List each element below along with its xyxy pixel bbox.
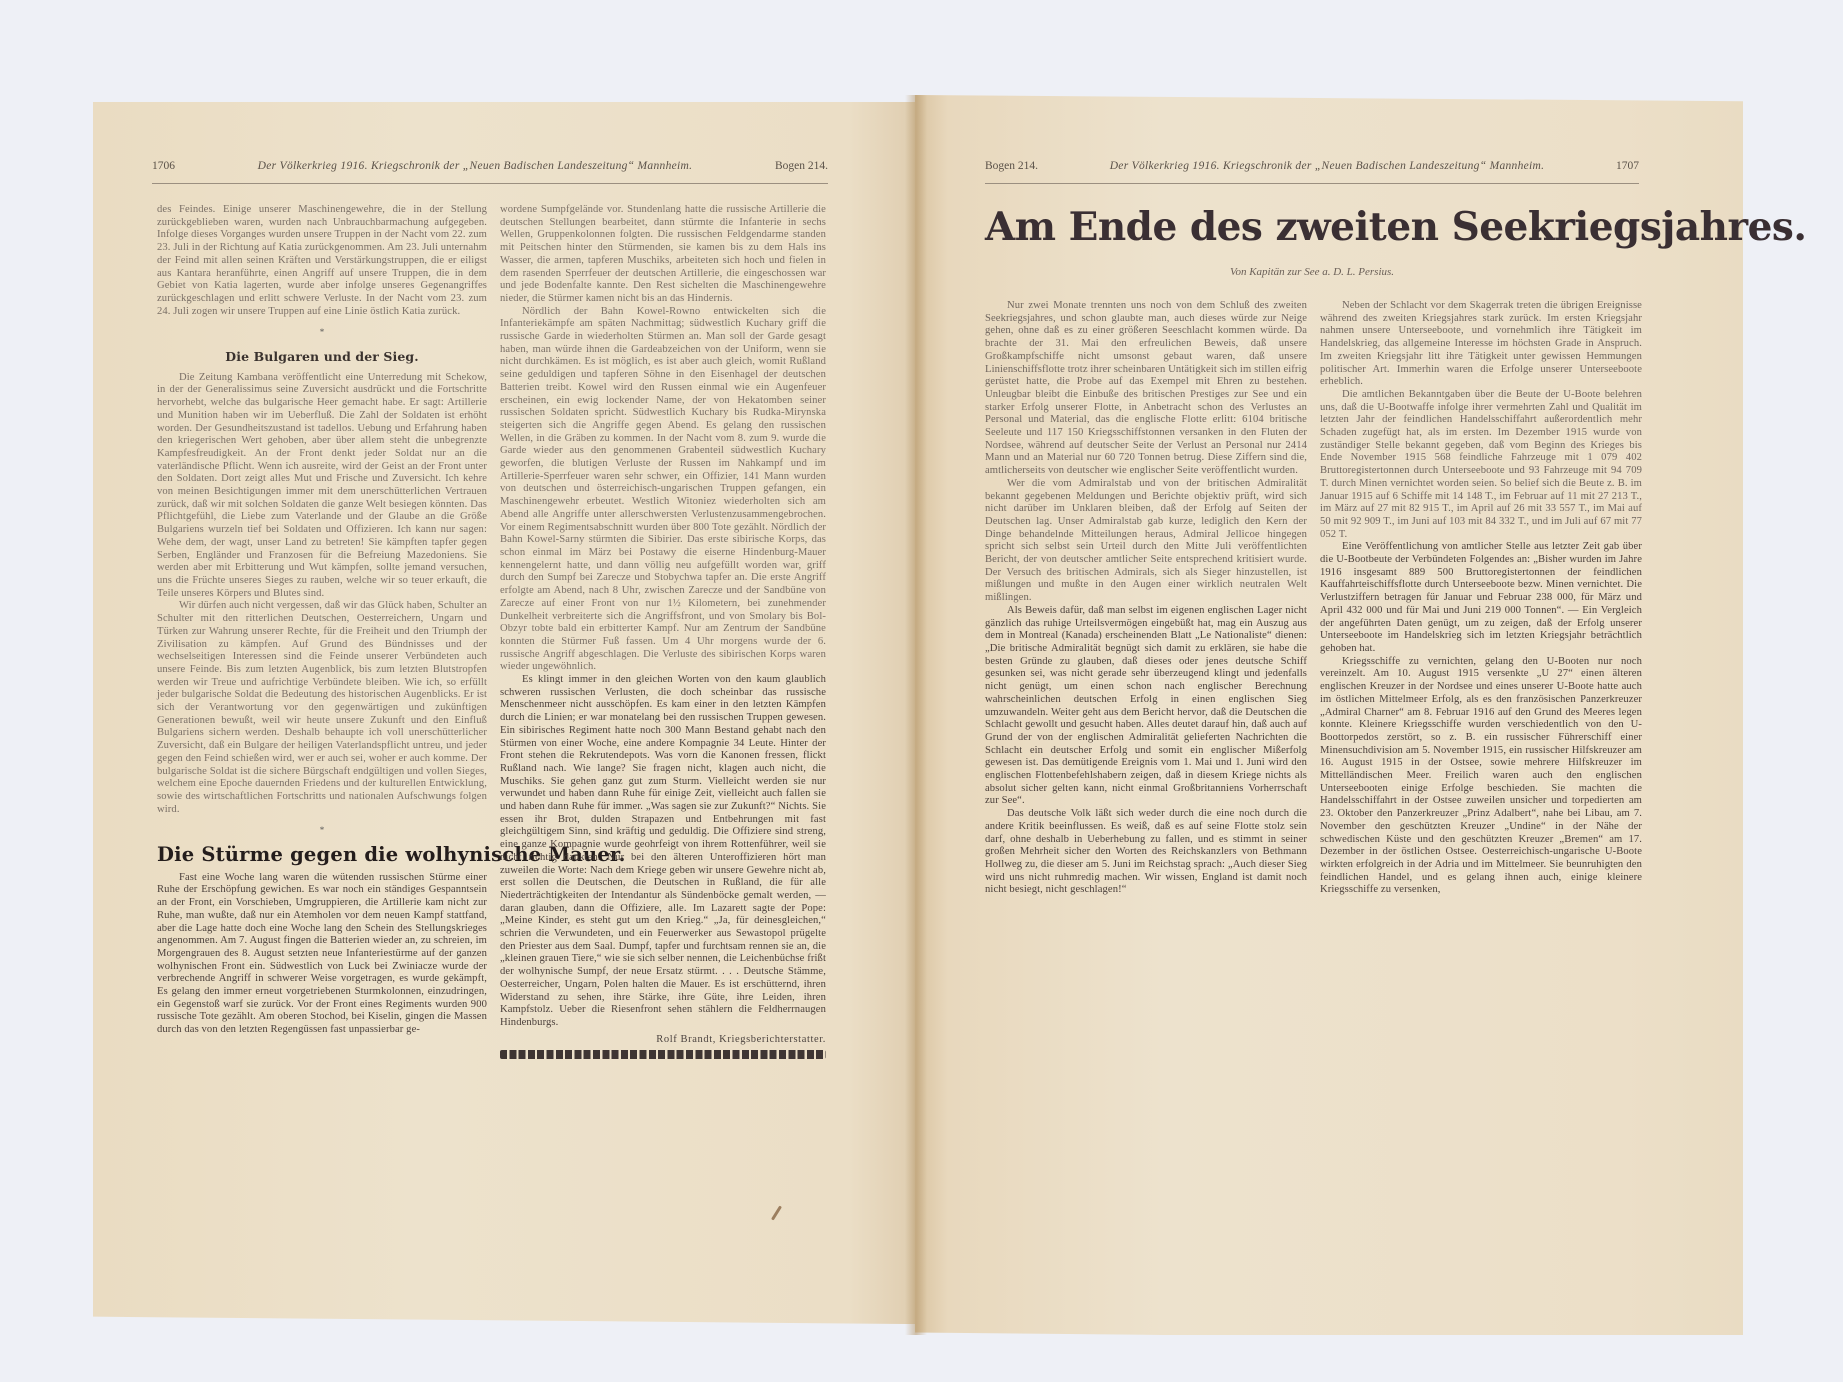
right-running-title: Der Völkerkrieg 1916. Kriegschronik der … bbox=[1110, 160, 1545, 172]
article-heading-volhynian-wall: Die Stürme gegen die wolhynische Mauer. bbox=[157, 849, 487, 862]
right-running-head: Bogen 214. Der Völkerkrieg 1916. Kriegsc… bbox=[985, 160, 1639, 184]
page-gutter-fold bbox=[905, 95, 927, 1335]
paragraph: Neben der Schlacht vor dem Skagerrak tre… bbox=[1320, 300, 1642, 389]
right-column-2: Neben der Schlacht vor dem Skagerrak tre… bbox=[1320, 300, 1642, 897]
right-page-number: 1707 bbox=[1616, 160, 1639, 172]
paragraph: wordene Sumpfgelände vor. Stundenlang ha… bbox=[500, 204, 826, 306]
left-column-2: wordene Sumpfgelände vor. Stundenlang ha… bbox=[500, 204, 826, 1059]
paragraph: Nördlich der Bahn Kowel-Rowno entwickelt… bbox=[500, 306, 826, 674]
paragraph: Kriegsschiffe zu vernichten, gelang den … bbox=[1320, 656, 1642, 897]
section-heading-bulgarians: Die Bulgaren und der Sieg. bbox=[157, 351, 487, 364]
paragraph: Als Beweis dafür, daß man selbst im eige… bbox=[985, 605, 1307, 808]
section-separator: * bbox=[157, 326, 487, 339]
paragraph: Es klingt immer in den gleichen Worten v… bbox=[500, 674, 826, 1030]
paragraph: Wir dürfen auch nicht vergessen, daß wir… bbox=[157, 600, 487, 816]
section-separator: * bbox=[157, 824, 487, 837]
right-column-1: Nur zwei Monate trennten uns noch von de… bbox=[985, 300, 1307, 897]
article-title: Am Ende des zweiten Seekriegsjahres. bbox=[985, 204, 1639, 250]
paragraph: Fast eine Woche lang waren die wütenden … bbox=[157, 872, 487, 1037]
author-signature: Rolf Brandt, Kriegsberichterstatter. bbox=[500, 1034, 826, 1047]
paragraph: Die Zeitung Kambana veröffentlicht eine … bbox=[157, 372, 487, 601]
left-column-1: des Feindes. Einige unserer Maschinengew… bbox=[157, 204, 487, 1037]
paragraph: Eine Veröffentlichung von amtlicher Stel… bbox=[1320, 541, 1642, 655]
intro-paragraph: des Feindes. Einige unserer Maschinengew… bbox=[157, 204, 487, 318]
right-sheet-number: Bogen 214. bbox=[985, 160, 1038, 172]
paragraph: Nur zwei Monate trennten uns noch von de… bbox=[985, 300, 1307, 478]
paragraph: Die amtlichen Bekanntgaben über die Beut… bbox=[1320, 389, 1642, 541]
article-byline: Von Kapitän zur See a. D. L. Persius. bbox=[985, 266, 1639, 278]
paragraph: Wer die vom Admiralstab und von der brit… bbox=[985, 478, 1307, 605]
paragraph: Das deutsche Volk läßt sich weder durch … bbox=[985, 808, 1307, 897]
left-page-number: 1706 bbox=[152, 160, 175, 172]
left-running-title: Der Völkerkrieg 1916. Kriegschronik der … bbox=[258, 160, 693, 172]
left-running-head: 1706 Der Völkerkrieg 1916. Kriegschronik… bbox=[152, 160, 828, 184]
ornamental-rule bbox=[500, 1050, 826, 1059]
left-sheet-number: Bogen 214. bbox=[775, 160, 828, 172]
